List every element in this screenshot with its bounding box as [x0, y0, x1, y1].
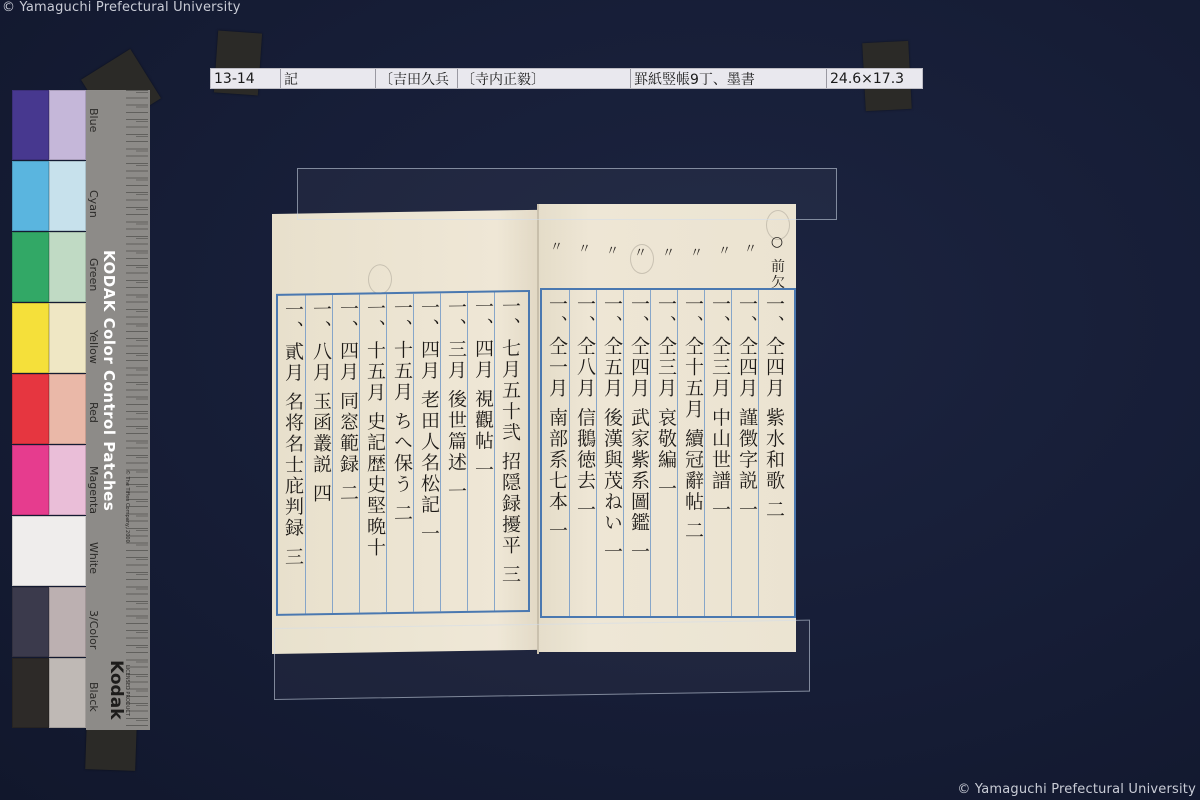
ditto-mark: 〃 [744, 238, 757, 257]
catalog-number: 13-14 [211, 69, 281, 88]
patch-yellow [12, 303, 86, 373]
patch-green [12, 232, 86, 302]
patch-3color [12, 587, 86, 657]
ledger-entry: 一、仝四月 紫水和歌 二 [764, 294, 783, 520]
ditto-mark: 〃 [690, 242, 703, 261]
chart-copyright: © The Tiffen Company, 2000 [124, 470, 130, 543]
patch-label-green: Green [87, 258, 100, 291]
patch-label-blue: Blue [87, 108, 100, 132]
patch-label-magenta: Magenta [87, 466, 100, 514]
ledger-entry: 一、七月五十弐 招隠録擾平 三 [500, 296, 519, 585]
acrylic-strip-top [297, 168, 837, 220]
patch-label-yellow: Yellow [87, 330, 100, 364]
patch-blue [12, 90, 86, 160]
ledger-entry: 一、四月 視觀帖 一 [473, 297, 492, 481]
ditto-mark: 〃 [606, 240, 619, 259]
patch-label-red: Red [87, 402, 100, 423]
ditto-mark: 〃 [550, 236, 563, 255]
document-page-right: 〃 〃 〃 〃 〃 〃 〃 〃 ○ 前欠 一、仝四月 紫水和歌 二 一、仝四月 … [538, 204, 796, 652]
patch-white [12, 516, 86, 586]
ledger-entry: 一、仝五月 後漢與茂ねい 一 [602, 294, 621, 562]
seal-mark [368, 264, 392, 294]
ledger-entry: 一、仝三月 哀敬編 一 [656, 294, 675, 499]
catalog-recipient: 〔寺内正毅〕 [458, 69, 631, 88]
ledger-entry: 一、四月 同窓範録 二 [338, 299, 357, 504]
ditto-mark: 〃 [578, 238, 591, 257]
ledger-entry: 一、四月 老田人名松記 一 [419, 297, 438, 544]
ledger-entry: 一、仝一月 南部系七本 一 [547, 294, 566, 541]
ledger-entry: 一、仝十五月 續冠辭帖 二 [683, 294, 702, 541]
document-page-left: 一、七月五十弐 招隠録擾平 三 一、四月 視觀帖 一 一、三月 後世篇述 一 一… [272, 210, 537, 654]
ruled-frame-left: 一、七月五十弐 招隠録擾平 三 一、四月 視觀帖 一 一、三月 後世篇述 一 一… [276, 290, 530, 616]
ledger-entry: 一、貳月 名将名士庇判録 三 [283, 300, 302, 568]
kodak-logo: Kodak [106, 660, 126, 720]
color-control-patches [12, 90, 86, 730]
ruler-inch-ticks [136, 90, 148, 730]
chart-title: KODAK Color Control Patches [100, 250, 118, 511]
patch-cyan [12, 161, 86, 231]
ledger-entry: 一、三月 後世篇述 一 [446, 297, 465, 502]
page-fold [537, 204, 539, 654]
kodak-ruler: Blue Cyan Green Yellow Red Magenta White… [86, 90, 150, 730]
ledger-entry: 一、十五月 史記歴史堅晩十 [365, 298, 384, 558]
header-note: ○ 前欠 [770, 234, 784, 290]
ledger-entry: 一、仝四月 謹徴字説 一 [737, 294, 756, 520]
ruled-frame-right: 一、仝四月 紫水和歌 二 一、仝四月 謹徴字説 一 一、仝三月 中山世譜 一 一… [540, 288, 796, 618]
catalog-label-bar: 13-14 記 〔吉田久兵 〔寺内正毅〕 罫紙竪帳9丁、墨書 24.6×17.3 [210, 68, 923, 89]
ledger-entry: 一、八月 玉函叢説 四 [311, 299, 330, 504]
ditto-mark: 〃 [662, 242, 675, 261]
patch-red [12, 374, 86, 444]
catalog-author: 〔吉田久兵 [376, 69, 458, 88]
ledger-entry: 一、仝四月 武家紫系圖鑑 一 [629, 294, 648, 562]
copyright-watermark-top: © Yamaguchi Prefectural University [2, 0, 241, 15]
patch-label-cyan: Cyan [87, 190, 100, 218]
ledger-entry: 一、仝八月 信鵝徳去 一 [575, 294, 594, 520]
ditto-mark: 〃 [718, 240, 731, 259]
copyright-watermark-bottom: © Yamaguchi Prefectural University [957, 782, 1196, 797]
kodak-licensed: LICENSED PRODUCT [124, 665, 130, 716]
ditto-mark: 〃 [634, 242, 647, 261]
catalog-format: 罫紙竪帳9丁、墨書 [631, 69, 827, 88]
patch-magenta [12, 445, 86, 515]
acrylic-strip-bottom [274, 620, 810, 700]
patch-label-black: Black [87, 682, 100, 712]
patch-label-white: White [87, 542, 100, 574]
ledger-entry: 一、仝三月 中山世譜 一 [710, 294, 729, 520]
catalog-type: 記 [281, 69, 376, 88]
ledger-entry: 一、十五月 ちへ保う 二 [392, 298, 411, 524]
patch-label-3color: 3/Color [87, 610, 100, 649]
catalog-size: 24.6×17.3 [827, 69, 922, 88]
patch-black [12, 658, 86, 728]
